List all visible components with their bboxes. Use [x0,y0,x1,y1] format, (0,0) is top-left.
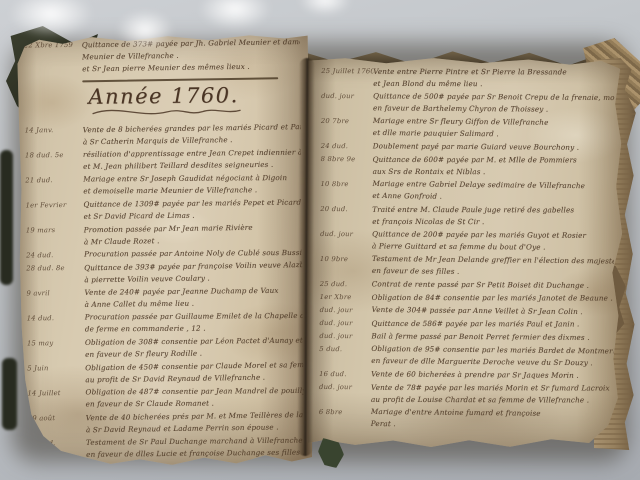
entry-line: à Anne Callet du même lieu . [85,297,303,311]
entry-text: Quittance de 1309# payée par les mariés … [83,197,301,223]
register-entry: dud. jour Quittance de 586# payée par le… [319,317,613,331]
entry-date: 14 Janv. [25,124,83,149]
entry-line: Contrat de rente passé par Sr Petit Bois… [372,278,614,292]
register-entry: 14 Janv. Vente de 8 bicherées grandes pa… [25,122,301,149]
glass-reflection [298,0,352,16]
register-entry: 19 mars Promotion passée par Mr Jean mar… [26,222,302,249]
entry-text: Mariage entre Gabriel Delaye sedimaire d… [372,178,614,205]
entry-text: Mariage d'entre Antoine fumard et franço… [371,406,613,433]
year-heading: Année 1760. [88,83,300,109]
register-entry: 9 avril Vente de 240# payée par Jeanne D… [26,285,302,312]
register-entry: dud. jour Quittance de 200# payée par le… [320,228,614,254]
entry-text: Vente de 60 bicherées à prendre par Sr J… [371,368,613,382]
entry-text: Traité entre M. Claude Paule juge retiré… [372,204,614,229]
register-entry: 25 dud. Contrat de rente passé par Sr Pe… [320,278,614,292]
entry-line: et M. Jean philibert Teillard desdites s… [83,159,301,173]
entry-line: en faveur de Barthelemy Chyron de Thoiss… [373,102,615,116]
entry-line: et dlle marie pauquier Salimard . [373,127,615,142]
register-entry: 10 9bre Testament de Mr Jean Delande gre… [320,253,614,279]
register-entry: 14 dud. Procuration passée par Guillaume… [27,310,303,337]
register-entry: dud. jour Bail à ferme passé par Benoit … [319,330,613,344]
worn-left-edge [2,358,17,430]
entry-line: Vente de 304# passée par Anne Veillet à … [372,304,614,319]
entry-text: Contrat de rente passé par Sr Petit Bois… [372,278,614,292]
register-entry: 5 Juin Obligation de 450# consentie par … [27,360,303,387]
entry-text: Quittance de 586# payée par les mariés P… [371,318,613,331]
entry-text: Quittance de 373# payée par Jh. Gabriel … [82,36,301,75]
entry-line: Vente de 60 bicherées à prendre par Sr J… [371,368,613,382]
entry-line: et Sr Jean pierre Meunier des mêmes lieu… [82,60,300,75]
register-entry: 14 Juillet Obligation de 487# consentie … [27,385,303,412]
entry-date: 1er Xbre [320,291,372,303]
register-entry: 16 dud. Vente de 60 bicherées à prendre … [319,368,613,382]
entry-date: 28 dud. 8e [26,262,84,287]
entry-text: Obligation de 487# consentie par Jean Ma… [85,385,303,411]
entry-line: Bail à ferme passé par Benoit Perret fer… [371,330,613,344]
register-entry: 20 dud. Traité entre M. Claude Paule jug… [320,203,614,229]
register-entry: 15 may Obligation de 308# consentie par … [27,335,303,362]
entry-date: 22 Xbre 1759 [24,39,82,76]
entry-line: Perat . [371,418,613,433]
entry-text: Promotion passée par Mr Jean marie Riviè… [84,221,302,248]
entry-text: Mariage entre Sr Joseph Gaudidat négocia… [83,172,301,198]
register-entry: 24 dud. Doublement payé par marie Guiard… [321,140,615,154]
archival-register-photo: 22 Xbre 1759 Quittance de 373# payée par… [0,0,640,480]
entry-line: Traité entre M. Claude Paule juge retiré… [372,204,614,217]
entry-date: dud. jour [320,304,372,316]
entries-1760-right: 25 Juillet 1760 Vente entre Pierre Pintr… [319,65,616,432]
entry-line: en faveur de ses filles . [372,265,614,280]
entry-line: et Anne Gonfroid . [372,190,614,205]
register-entry: 6 8bre Mariage d'entre Antoine fumard et… [319,406,613,432]
register-entry: 28 dud. 8e Quittance de 393# payée par f… [26,260,302,287]
entry-text: Procuration passée par Antoine Noly de C… [84,247,302,261]
binding-gutter [297,58,315,456]
entry-date: 19 mars [26,224,84,249]
entry-date: 1er Fevrier [25,199,83,224]
entry-text: Quittance de 393# payée par françoise Vo… [84,259,302,286]
entry-text: résiliation d'apprentissage entre Jean C… [83,147,301,173]
entry-text: Obligation de 95# consentie par les mari… [371,343,613,370]
entry-text: Vente de 240# payée par Jeanne Duchamp d… [84,285,302,311]
entry-date: 24 dud. [321,140,373,152]
entry-date: 10 9bre [320,253,372,277]
entry-line: Vente entre Pierre Pintre et Sr Pierre l… [373,66,615,79]
entry-text: Quittance de 600# payée par M. et Mlle d… [373,154,615,179]
entry-line: et françois Nicolas de St Cir . [372,216,614,229]
entry-date: 20 dud. [320,203,372,227]
entry-date: 18 dud. 5e [25,149,83,174]
entry-line: aux Srs de Rontaix et Niblas . [373,166,615,179]
entry-date: dud. jour [319,317,371,329]
entry-date: 10 8bre [320,178,372,202]
entry-text: Quittance de 500# payée par Sr Benoit Cr… [373,90,615,116]
entry-date: 15 may [27,337,85,362]
entry-date: 5 dud. [319,343,371,367]
entry-date: dud. jour [321,90,373,114]
entry-line: en faveur de Sr Claude Romanet . [86,397,304,411]
entry-date: 8 8bre 9e [321,153,373,177]
entry-date: dud. jour [319,330,371,342]
entry-text: Vente de 8 bicherées grandes par les mar… [83,121,301,148]
entry-text: Testament de Mr Jean Delande greffier en… [372,253,614,280]
entry-date: 25 Juillet 1760 [321,65,373,89]
entry-date: 9 avril [26,287,84,312]
entry-date: 6 8bre [319,406,371,430]
entry-date: 24 dud. [26,249,84,262]
entry-line: au profit de Louise Chardat et sa femme … [371,394,613,407]
entry-text: Doublement payé par marie Guiard veuve B… [373,140,615,154]
entry-text: Obligation de 308# consentie par Léon Pa… [85,335,303,361]
entry-line: Obligation de 84# consentie par les mari… [372,292,614,305]
register-entry: 19 août Vente de 40 bicherées prés par M… [28,410,304,437]
entry-text: Vente de 40 bicherées prés par M. et Mme… [86,409,304,436]
register-entry: 1er Fevrier Quittance de 1309# payée par… [25,197,301,224]
entry-date: dud. jour [320,228,372,252]
entry-date: dud. jour [319,381,371,405]
entry-line: à Pierre Guittard et sa femme du bout d'… [372,240,614,254]
entry-text: Vente de 78# payée par les mariés Morin … [371,382,613,407]
register-entry: 21 dud. Mariage entre Sr Joseph Gaudidat… [25,172,301,199]
register-entry: 8 8bre 9e Quittance de 600# payée par M.… [321,153,615,179]
entry-date: 25 dud. [320,278,372,290]
worn-left-edge [0,150,13,285]
entry-date: 5 Juin [27,362,85,387]
left-page: 22 Xbre 1759 Quittance de 373# payée par… [16,30,313,466]
entry-text: Bail à ferme passé par Benoit Perret fer… [371,330,613,344]
right-page: 25 Juillet 1760 Vente entre Pierre Pintr… [305,55,624,449]
glass-reflection [116,10,174,50]
entry-text: Quittance de 200# payée par les mariés G… [372,228,614,254]
entries-1760-left: 14 Janv. Vente de 8 bicherées grandes pa… [25,122,305,462]
entry-date: 14 Juillet [27,387,85,412]
entry-line: Doublement payé par marie Guiard veuve B… [373,140,615,154]
register-entry: 1er Xbre Obligation de 84# consentie par… [320,291,614,305]
entry-text: Obligation de 450# consentie par Claude … [85,359,303,386]
year-heading-wrap: Année 1760. [88,83,300,119]
register-entry: dud. jour Vente de 78# payée par les mar… [319,381,613,407]
entry-line: Vente de 78# payée par les mariés Morin … [371,382,613,395]
right-page-content: 25 Juillet 1760 Vente entre Pierre Pintr… [319,65,616,443]
entry-text: Mariage entre Sr fleury Giffon de Villef… [373,115,615,142]
entry-date: 20 7bre [321,115,373,139]
left-page-content: 22 Xbre 1759 Quittance de 373# payée par… [24,37,304,461]
glass-reflection [198,0,272,30]
section-divider [82,77,278,82]
entry-line: Quittance de 586# payée par les mariés P… [371,318,613,331]
entry-text: Vente de 304# passée par Anne Veillet à … [372,304,614,319]
register-entry: 25 Juillet 1760 Vente entre Pierre Pintr… [321,65,615,91]
register-entry: 5 dud. Obligation de 95# consentie par l… [319,343,613,369]
entry-text: Procuration passée par Guillaume Emilet … [85,310,303,336]
register-entry: 18 dud. 5e résiliation d'apprentissage e… [25,147,301,174]
register-entry: 20 7bre Mariage entre Sr fleury Giffon d… [321,115,615,141]
register-entry: 10 8bre Mariage entre Gabriel Delaye sed… [320,178,614,204]
entry-line: et Jean Blond du même lieu . [373,78,615,91]
entry-date: 21 dud. [25,174,83,199]
entry-line: en faveur de dlle Marguerite Deroche veu… [371,355,613,370]
entry-date: 14 dud. [27,312,85,337]
entry-line: et demoiselle marie Meunier de Villefran… [83,184,301,198]
entry-text: Obligation de 84# consentie par les mari… [372,292,614,305]
entry-line: Quittance de 600# payée par M. et Mlle d… [373,154,615,167]
register-entry: dud. jour Vente de 304# passée par Anne … [320,304,614,318]
entry-line: de ferme en commanderie , 12 . [85,322,303,336]
entry-date: 16 dud. [319,368,371,380]
register-entry: dud. jour Quittance de 500# payée par Sr… [321,90,615,116]
entry-text: Vente entre Pierre Pintre et Sr Pierre l… [373,66,615,91]
glass-reflection [8,0,94,38]
entry-line: Procuration passée par Antoine Noly de C… [84,247,302,261]
